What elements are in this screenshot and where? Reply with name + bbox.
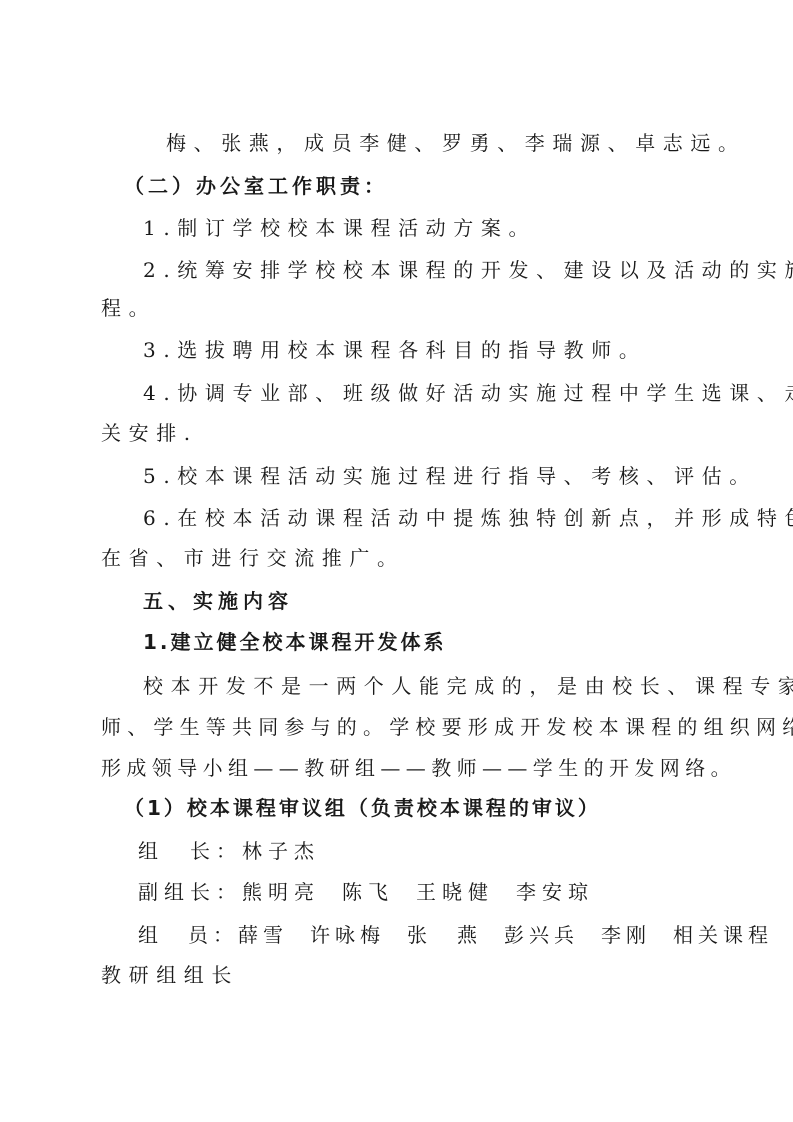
deputy-name: 李安琼 [516,880,594,904]
leader-row: 组 长：林子杰 [138,838,320,864]
paragraph-line-3: 形成领导小组——教研组——教师——学生的开发网络。 [101,755,736,781]
member-name: 张 燕 [407,923,482,947]
members-row-cont: 教研组组长 [101,962,239,988]
members-row: 组 员：薛雪许咏梅张 燕彭兴兵李刚相关课程 [138,922,773,948]
paragraph-line-2: 师、学生等共同参与的。学校要形成开发校本课程的组织网络， [101,714,793,740]
office-duty-item-6-cont: 在省、市进行交流推广。 [101,545,405,571]
member-name: 相关课程 [673,923,773,947]
deputy-label: 副组长： [138,880,242,904]
office-duty-item-6: 6.在校本活动课程活动中提炼独特创新点，并形成特色经验 [143,505,793,531]
member-name: 彭兴兵 [504,923,579,947]
office-duty-item-2: 2.统筹安排学校校本课程的开发、建设以及活动的实施过 [143,257,793,283]
section-heading-implementation: 五、实施内容 [143,588,293,614]
office-duty-item-5: 5.校本课程活动实施过程进行指导、考核、评估。 [143,463,757,489]
deputy-name: 熊明亮 [242,880,320,904]
deputy-name: 王晓健 [416,880,494,904]
review-group-heading: （1）校本课程审议组（负责校本课程的审议） [124,795,601,821]
continuation-line: 梅、张燕，成员李健、罗勇、李瑞源、卓志远。 [166,130,746,156]
deputy-name: 陈飞 [342,880,394,904]
office-duty-item-4: 4.协调专业部、班级做好活动实施过程中学生选课、走课相 [143,380,793,406]
member-name: 许咏梅 [310,923,385,947]
deputy-row: 副组长：熊明亮陈飞王晓健李安琼 [138,879,594,905]
office-duty-item-1: 1.制订学校校本课程活动方案。 [143,215,536,241]
section-heading-office-duties: （二）办公室工作职责： [124,173,388,199]
office-duty-item-4-cont: 关安排. [101,420,198,446]
office-duty-item-3: 3.选拔聘用校本课程各科目的指导教师。 [143,337,646,363]
subheading-course-system: 1.建立健全校本课程开发体系 [143,629,447,655]
document-page: 梅、张燕，成员李健、罗勇、李瑞源、卓志远。 （二）办公室工作职责： 1.制订学校… [0,0,793,1122]
member-name: 薛雪 [238,923,288,947]
member-name: 李刚 [601,923,651,947]
paragraph-line-1: 校本开发不是一两个人能完成的，是由校长、课程专家、教 [143,673,793,699]
office-duty-item-2-cont: 程。 [101,295,156,321]
leader-label: 组 长： [138,839,242,863]
members-label: 组 员： [138,923,238,947]
leader-name: 林子杰 [242,839,320,863]
